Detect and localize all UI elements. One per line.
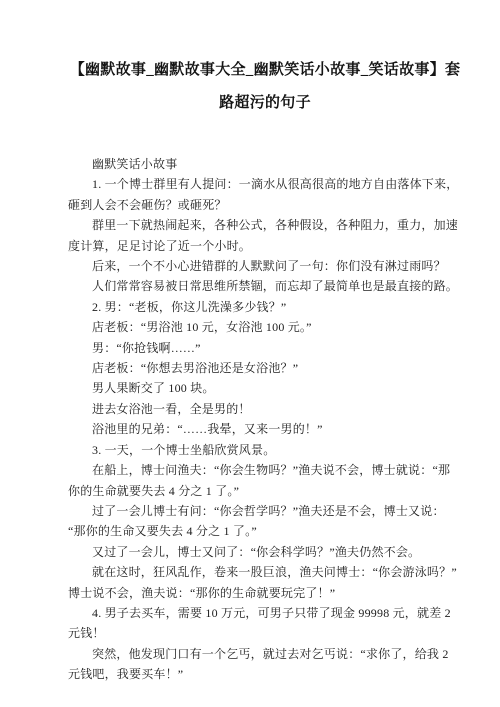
paragraph: 群里一下就热闹起来，各种公式，各种假设，各种阻力，重力，加速度计算，足足讨论了近… — [68, 215, 462, 256]
paragraph: 店老板：“你想去男浴池还是女浴池？” — [68, 358, 462, 378]
paragraph: 幽默笑话小故事 — [68, 154, 462, 174]
paragraph: 1. 一个博士群里有人提问：一滴水从很高很高的地方自由落体下来，砸到人会不会砸伤… — [68, 174, 462, 215]
paragraph: 店老板：“男浴池 10 元，女浴池 100 元。” — [68, 317, 462, 337]
paragraph: 后来，一个不小心进错群的人默默问了一句：你们没有淋过雨吗？ — [68, 256, 462, 276]
paragraph: 浴池里的兄弟：“……我晕，又来一男的！” — [68, 419, 462, 439]
paragraph: 又过了一会儿，博士又问了：“你会科学吗？”渔夫仍然不会。 — [68, 542, 462, 562]
paragraph: 2. 男：“老板，你这儿洗澡多少钱？” — [68, 297, 462, 317]
document-page: 【幽默故事_幽默故事大全_幽默笑话小故事_笑话故事】套路超污的句子 幽默笑话小故… — [0, 0, 500, 707]
paragraph: 人们常常容易被日常思维所禁锢，而忘却了最简单也是最直接的路。 — [68, 276, 462, 296]
document-body: 幽默笑话小故事1. 一个博士群里有人提问：一滴水从很高很高的地方自由落体下来，砸… — [68, 154, 462, 685]
paragraph: 男人果断交了 100 块。 — [68, 378, 462, 398]
paragraph: 进去女浴池一看，全是男的！ — [68, 399, 462, 419]
paragraph: 就在这时，狂风乱作，卷来一股巨浪，渔夫问博士：“你会游泳吗？”博士说不会，渔夫说… — [68, 562, 462, 603]
paragraph: 过了一会儿博士有问：“你会哲学吗？”渔夫还是不会，博士又说：“那你的生命又要失去… — [68, 501, 462, 542]
paragraph: 男：“你抢钱啊……” — [68, 338, 462, 358]
paragraph: 突然，他发现门口有一个乞丐，就过去对乞丐说：“求你了，给我 2 元钱吧，我要买车… — [68, 644, 462, 685]
paragraph: 4. 男子去买车，需要 10 万元，可男子只带了现金 99998 元，就差 2 … — [68, 603, 462, 644]
document-title: 【幽默故事_幽默故事大全_幽默笑话小故事_笑话故事】套路超污的句子 — [68, 54, 462, 120]
paragraph: 在船上，博士问渔夫：“你会生物吗？”渔夫说不会，博士就说：“那你的生命就要失去 … — [68, 460, 462, 501]
paragraph: 3. 一天，一个博士坐船欣赏风景。 — [68, 440, 462, 460]
